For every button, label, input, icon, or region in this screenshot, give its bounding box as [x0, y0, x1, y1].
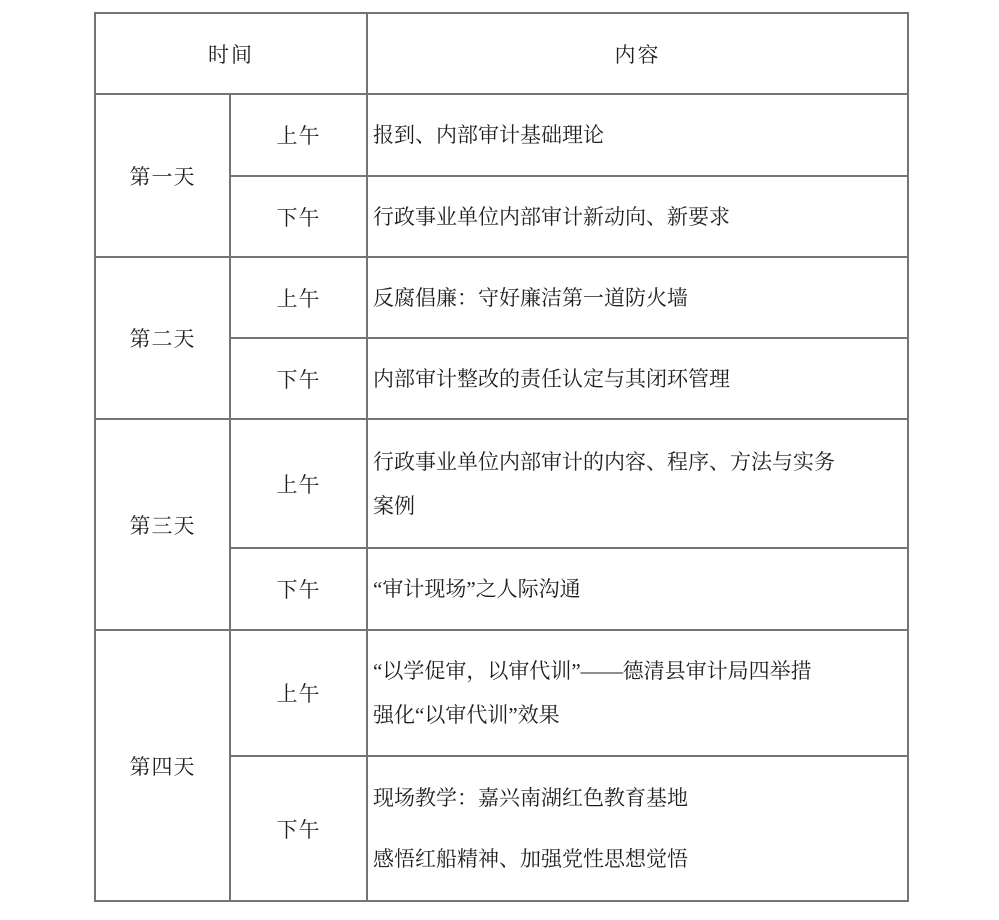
- content-line: 内部审计整改的责任认定与其闭环管理: [373, 357, 899, 401]
- day-1-am-session: 上午: [230, 94, 367, 176]
- day-3-am-content: 行政事业单位内部审计的内容、程序、方法与实务 案例: [367, 419, 908, 548]
- day-4-pm-content: 现场教学：嘉兴南湖红色教育基地 感悟红船精神、加强党性思想觉悟: [367, 756, 908, 901]
- day-1-pm-content: 行政事业单位内部审计新动向、新要求: [367, 176, 908, 257]
- day-1-pm-session: 下午: [230, 176, 367, 257]
- day-4-pm-session: 下午: [230, 756, 367, 901]
- content-line: 现场教学：嘉兴南湖红色教育基地: [373, 776, 899, 820]
- day-4-am-content: “以学促审，以审代训”——德清县审计局四举措 强化“以审代训”效果: [367, 630, 908, 756]
- content-line: 行政事业单位内部审计的内容、程序、方法与实务: [373, 440, 899, 484]
- day-3-pm-content: “审计现场”之人际沟通: [367, 548, 908, 630]
- day-1-label: 第一天: [95, 94, 230, 257]
- day-3-am-session: 上午: [230, 419, 367, 548]
- table-row: 第二天 上午 反腐倡廉：守好廉洁第一道防火墙: [95, 257, 908, 338]
- day-2-am-content: 反腐倡廉：守好廉洁第一道防火墙: [367, 257, 908, 338]
- table-row: 第四天 上午 “以学促审，以审代训”——德清县审计局四举措 强化“以审代训”效果: [95, 630, 908, 756]
- day-2-am-session: 上午: [230, 257, 367, 338]
- day-3-pm-session: 下午: [230, 548, 367, 630]
- content-line: 感悟红船精神、加强党性思想觉悟: [373, 837, 899, 881]
- header-cell-time: 时间: [95, 13, 367, 94]
- table-row: 第三天 上午 行政事业单位内部审计的内容、程序、方法与实务 案例: [95, 419, 908, 548]
- day-4-label: 第四天: [95, 630, 230, 901]
- content-line: 行政事业单位内部审计新动向、新要求: [373, 195, 899, 239]
- content-line: 反腐倡廉：守好廉洁第一道防火墙: [373, 276, 899, 320]
- day-2-pm-session: 下午: [230, 338, 367, 419]
- content-line: 报到、内部审计基础理论: [373, 113, 899, 157]
- header-row: 时间 内容: [95, 13, 908, 94]
- header-cell-content: 内容: [367, 13, 908, 94]
- day-3-label: 第三天: [95, 419, 230, 630]
- content-line: “审计现场”之人际沟通: [373, 567, 899, 611]
- table-row: 第一天 上午 报到、内部审计基础理论: [95, 94, 908, 176]
- training-schedule-table: 时间 内容 第一天 上午 报到、内部审计基础理论 下午 行政事业单位内部审计新动…: [94, 12, 909, 902]
- content-line: “以学促审，以审代训”——德清县审计局四举措: [373, 649, 899, 693]
- day-2-pm-content: 内部审计整改的责任认定与其闭环管理: [367, 338, 908, 419]
- day-2-label: 第二天: [95, 257, 230, 419]
- content-line: 强化“以审代训”效果: [373, 693, 899, 737]
- content-line: 案例: [373, 484, 899, 528]
- day-1-am-content: 报到、内部审计基础理论: [367, 94, 908, 176]
- day-4-am-session: 上午: [230, 630, 367, 756]
